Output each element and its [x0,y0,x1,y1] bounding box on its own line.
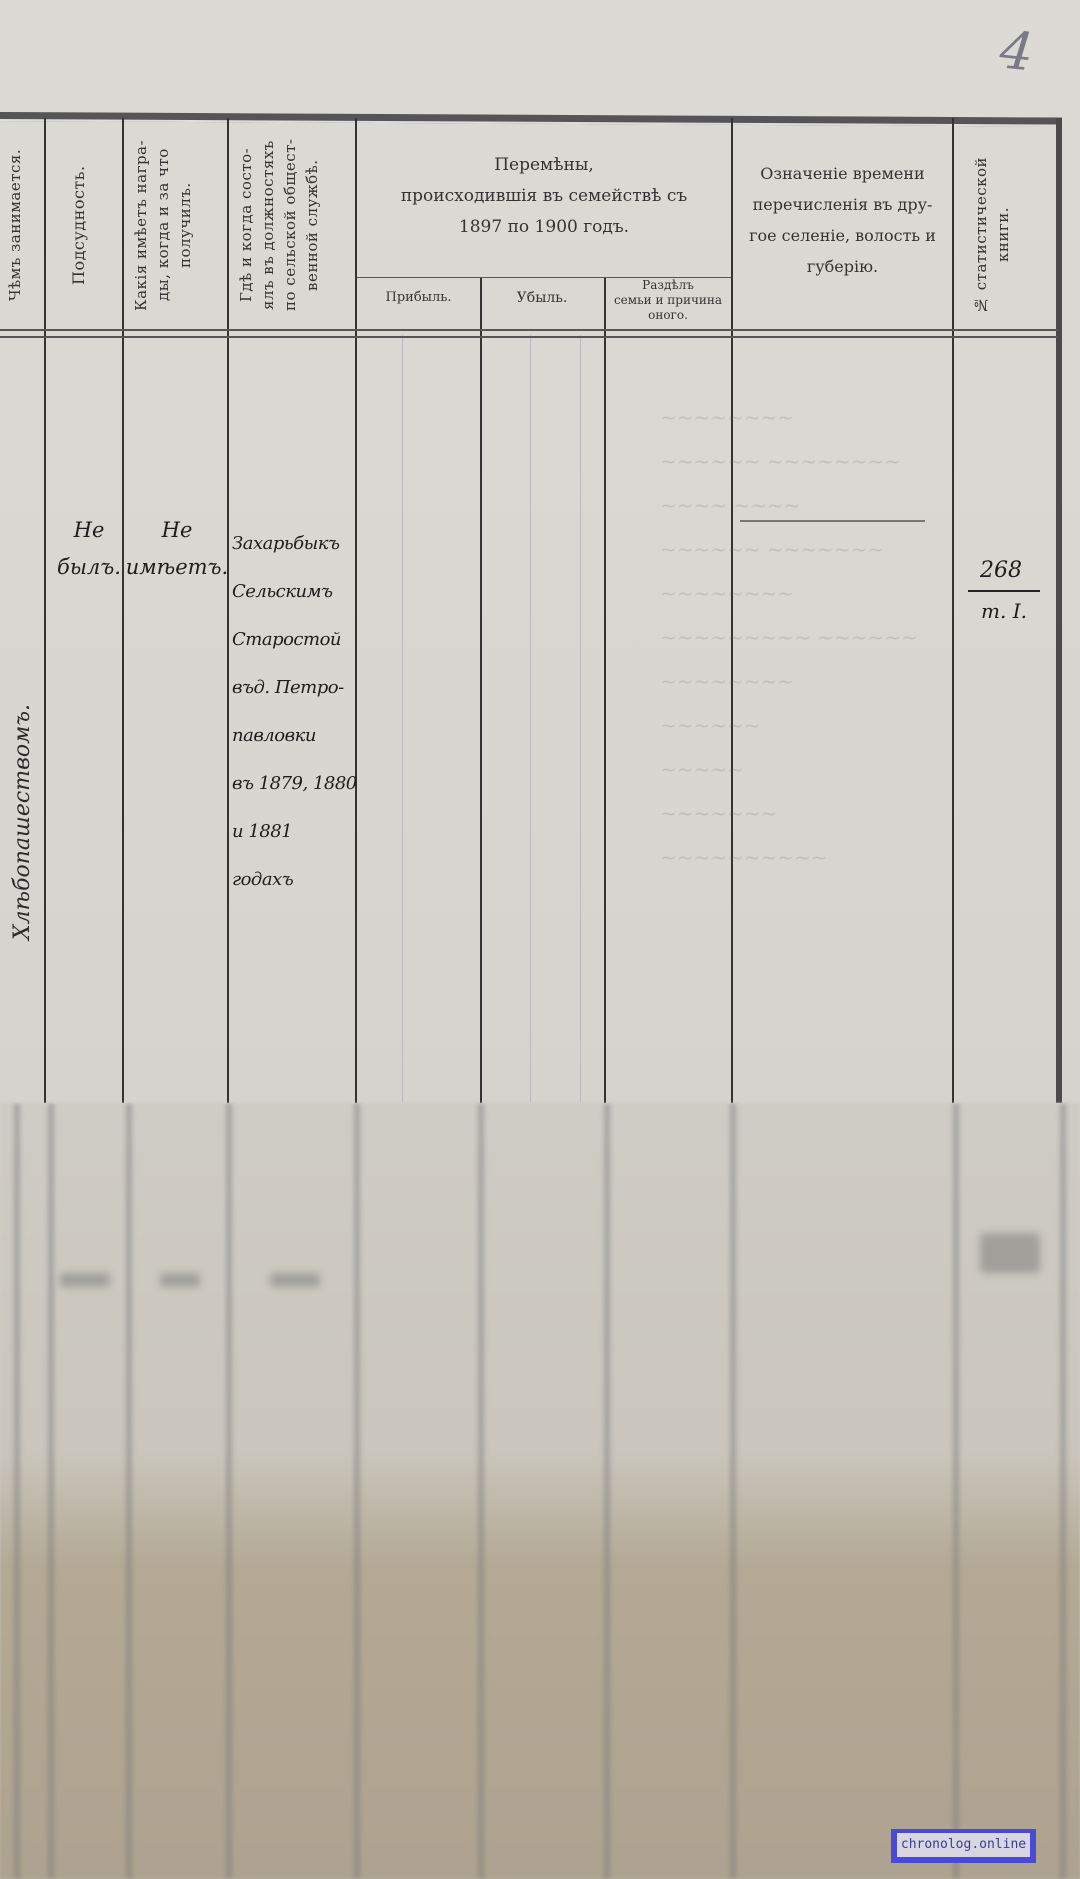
header-changes: Перемѣны, происходившія въ семействѣ съ … [357,150,731,243]
row-jurisdiction: Не былъ. [54,512,124,586]
column-divider [227,118,229,1103]
strike-line [740,520,925,522]
header-transfer: Означеніе времени перечисленія въ дру- г… [733,158,952,282]
fraction-bar [968,590,1040,592]
header-jurisdiction: Подсудность. [68,125,98,325]
watermark-text: chronolog.online [897,1833,1030,1857]
header-stat-book: № статистической книги. [970,145,1034,325]
column-divider [480,278,482,1103]
header-loss: Убыль. [480,290,604,306]
subcolumn-rule [530,335,531,1103]
watermark-badge: chronolog.online [891,1829,1036,1863]
header-gain: Прибыль. [357,290,480,305]
column-divider [122,118,124,1103]
blurred-region [0,1103,1080,1879]
row-stat-book-number: 268 [966,556,1036,586]
page-number: 4 [997,20,1036,83]
column-divider [44,118,46,1103]
header-bottom-rule [0,329,1058,338]
bleed-through-text: ~~~~~~~~ ~~~~~~ ~~~~~~~~ ~~~~ ~~~~ ~~~~~… [660,395,918,879]
row-stat-book-volume: т. I. [962,596,1046,626]
document-page: 4 Чѣмъ занимается. Подсудность. Какія им… [0,0,1080,1879]
column-divider [952,118,954,1103]
row-service: Захарьбыкъ Сельскимъ Старостой въд. Петр… [232,520,357,904]
header-service: Гдѣ и когда состо- ялъ въ должностяхъ по… [235,125,347,325]
subcolumn-rule [580,335,581,1103]
header-awards: Какія имѣетъ награ- ды, когда и за что п… [130,125,222,325]
column-divider [604,278,606,1103]
row-occupation: Хлѣбопашествомъ. [10,540,35,940]
subcolumn-rule [402,335,403,1103]
header-occupation: Чѣмъ занимается. [4,125,40,325]
header-division: Раздѣлъ семьи и причина оного. [605,278,731,323]
table-right-border [1056,118,1062,1103]
row-awards: Не имѣетъ. [125,512,229,586]
